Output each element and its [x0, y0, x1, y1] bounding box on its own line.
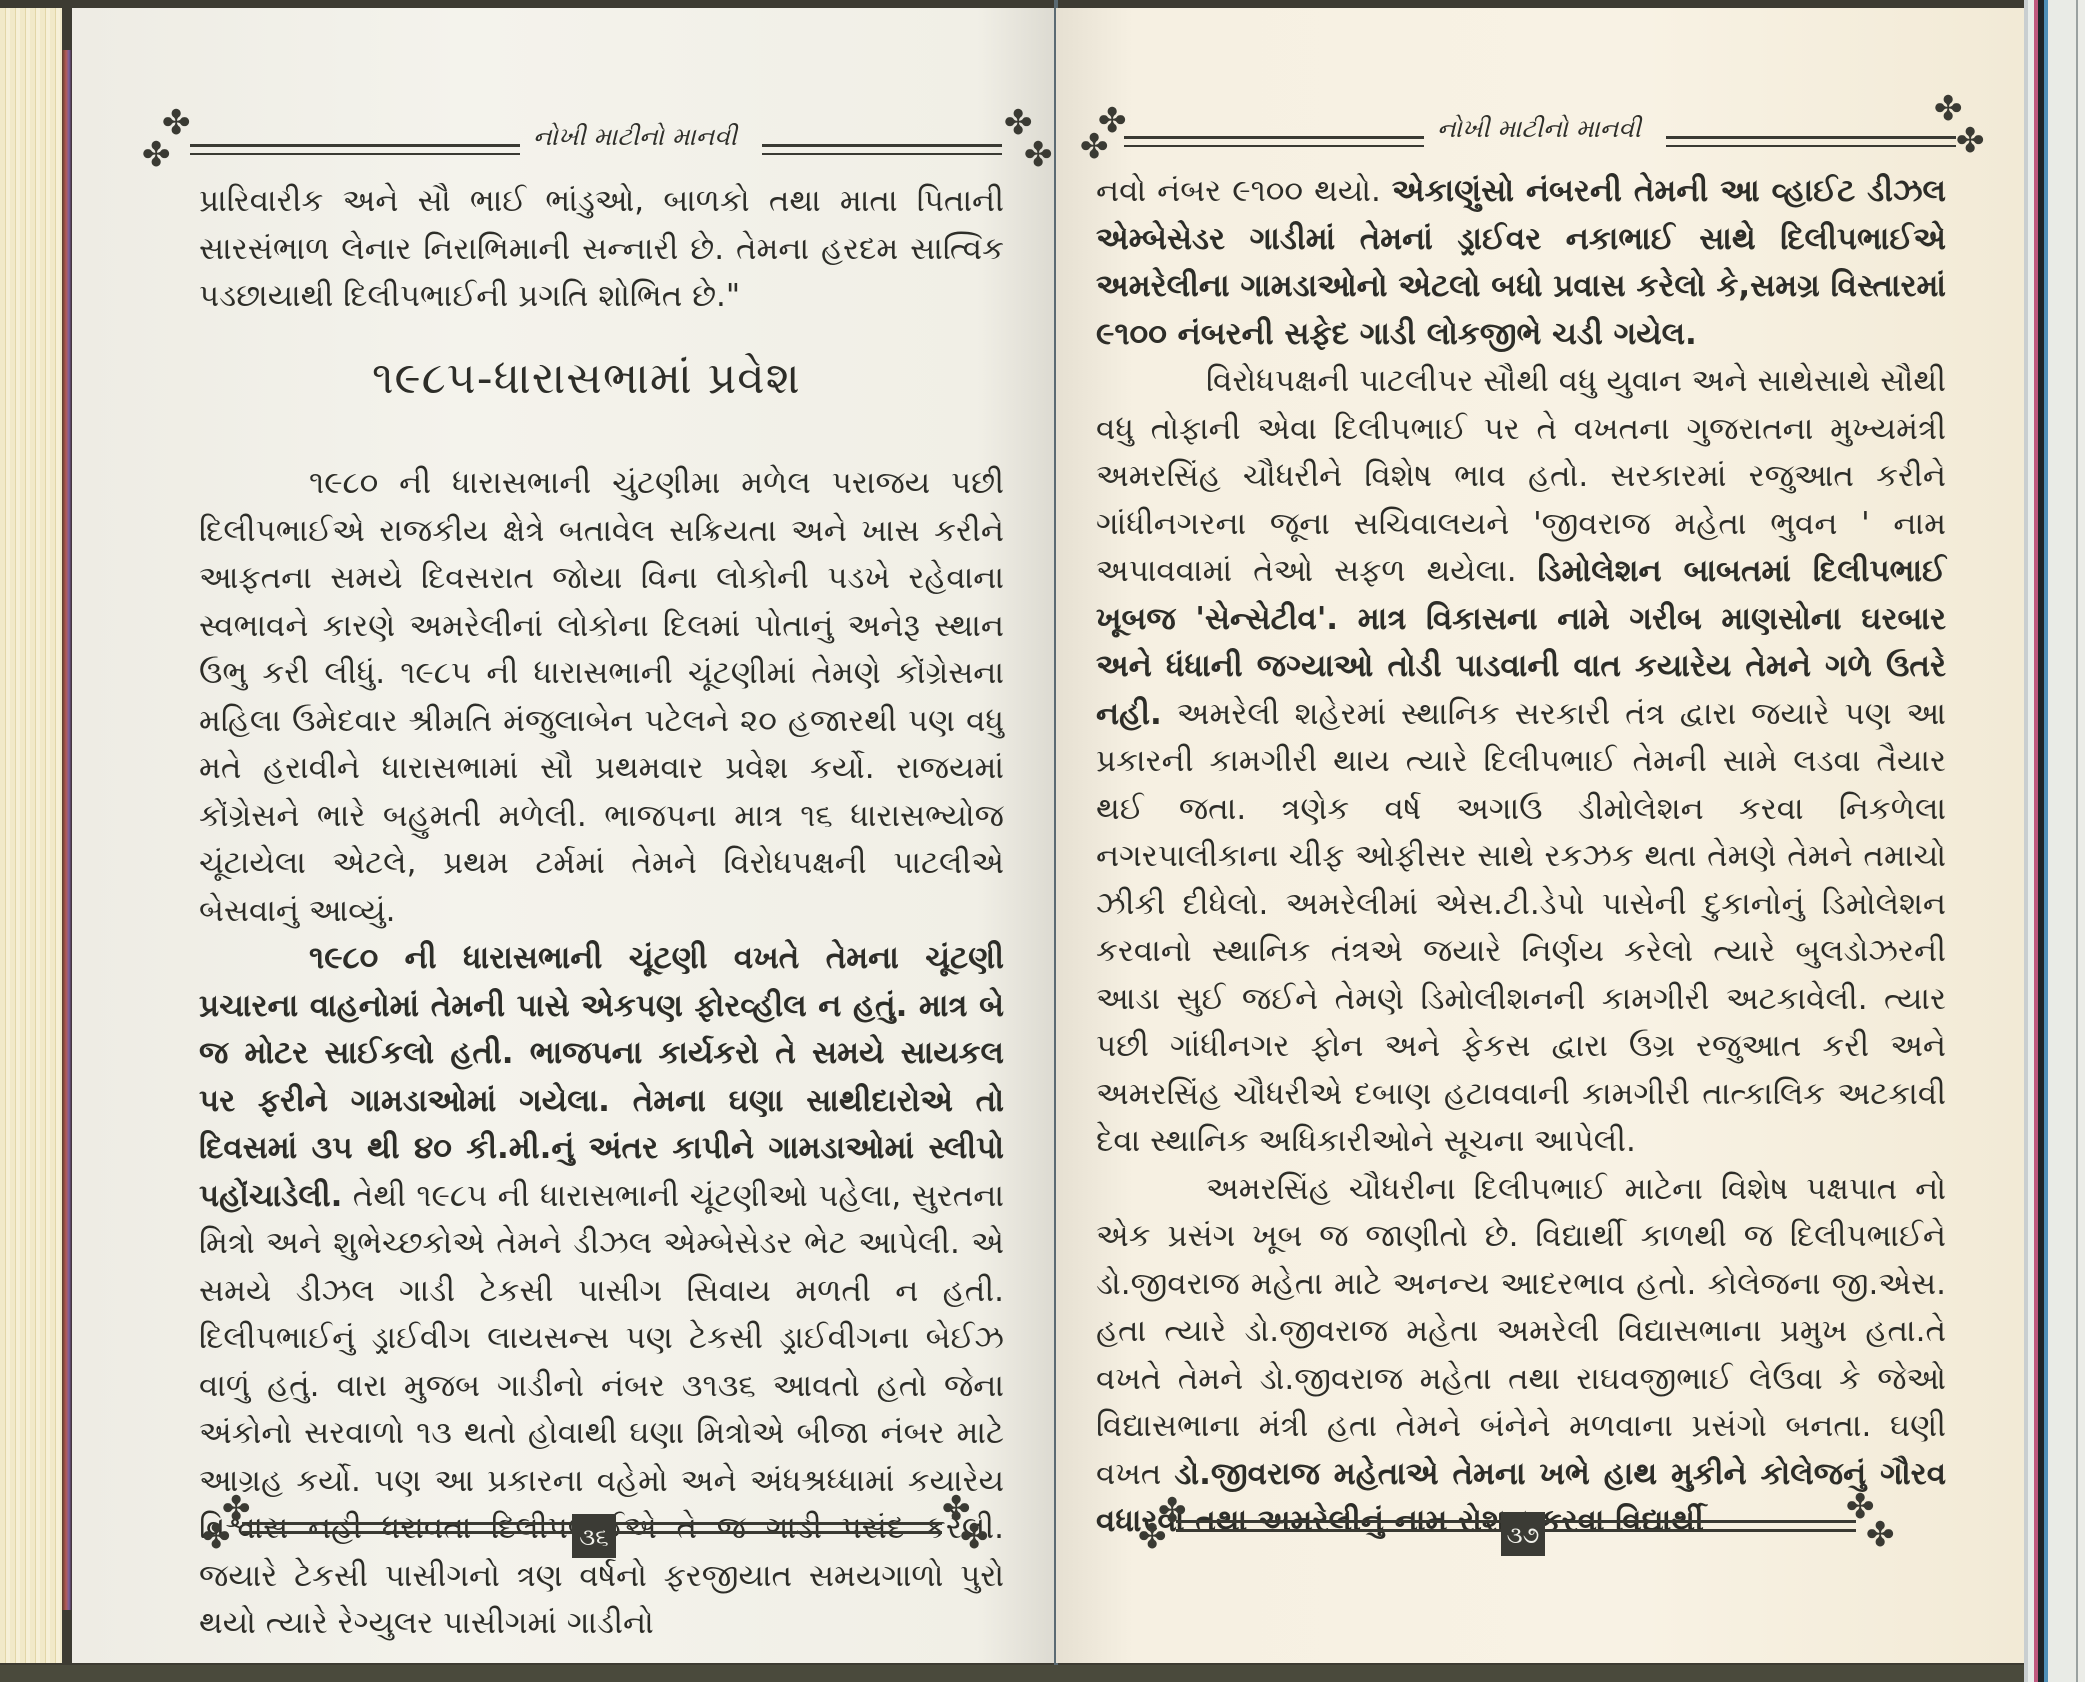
leaf-ornament-icon: ✤: [1080, 130, 1109, 164]
leaf-ornament-icon: ✤: [1956, 124, 1985, 158]
paragraph: અમરસિંહ ચૌધરીના દિલીપભાઈ માટેના વિશેષ પક…: [1096, 1166, 1946, 1546]
running-header: ✤ ✤ નોખી માટીનો માનવી ✤ ✤: [182, 116, 1002, 176]
body-text: ૧૯૮૦ ની ધારાસભાની ચુંટણીમા મળેલ પરાજય પછ…: [199, 460, 1004, 1648]
leaf-ornament-icon: ✤: [142, 138, 171, 172]
paragraph: નવો નંબર ૯૧૦૦ થયો. એકાણુંસો નંબરની તેમની…: [1096, 168, 1946, 358]
left-cover-trim: [62, 50, 72, 1610]
running-title: નોખી માટીનો માનવી: [527, 122, 743, 152]
running-title: નોખી માટીનો માનવી: [1431, 114, 1647, 144]
text: અમરસિંહ ચૌધરીના દિલીપભાઈ માટેના વિશેષ પક…: [1096, 1171, 1946, 1492]
running-header: ✤ ✤ નોખી માટીનો માનવી ✤ ✤: [1116, 108, 1956, 168]
intro-paragraph: પ્રારિવારીક અને સૌ ભાઈ ભાંડુઓ, બાળકો તથા…: [199, 178, 1004, 321]
page-number: ૩૬: [572, 1514, 616, 1558]
body-text: નવો નંબર ૯૧૦૦ થયો. એકાણુંસો નંબરની તેમની…: [1096, 168, 1946, 1546]
right-page-edges: [2024, 0, 2085, 1682]
paragraph: વિરોધપક્ષની પાટલીપર સૌથી વધુ યુવાન અને સ…: [1096, 358, 1946, 1166]
page-number: ૩૭: [1501, 1512, 1545, 1556]
text: તેથી ૧૯૮૫ ની ધારાસભાની ચૂંટણીઓ પહેલા, સુ…: [199, 1178, 1004, 1642]
left-page: ✤ ✤ નોખી માટીનો માનવી ✤ ✤ પ્રારિવારીક અન…: [72, 8, 1056, 1663]
header-rule: [190, 144, 520, 155]
leaf-ornament-icon: ✤: [202, 1520, 231, 1554]
leaf-ornament-icon: ✤: [960, 1520, 989, 1554]
leaf-ornament-icon: ✤: [1866, 1518, 1895, 1552]
header-rule: [1666, 136, 1956, 147]
right-page: ✤ ✤ નોખી માટીનો માનવી ✤ ✤ નવો નંબર ૯૧૦૦ …: [1056, 8, 2024, 1663]
intro-text: પ્રારિવારીક અને સૌ ભાઈ ભાંડુઓ, બાળકો તથા…: [199, 178, 1004, 321]
page-footer: ✤ ✤ ૩૭ ✤ ✤: [1176, 1498, 1856, 1568]
leaf-ornament-icon: ✤: [1024, 138, 1053, 172]
paragraph: ૧૯૮૦ ની ધારાસભાની ચુંટણીમા મળેલ પરાજય પછ…: [199, 460, 1004, 935]
header-rule: [762, 144, 1002, 155]
text: નવો નંબર ૯૧૦૦ થયો.: [1096, 173, 1392, 209]
leaf-ornament-icon: ✤: [1138, 1520, 1167, 1554]
page-footer: ✤ ✤ ૩૬ ✤ ✤: [242, 1500, 942, 1570]
bold-text: ૧૯૮૦ ની ધારાસભાની ચૂંટણી વખતે તેમના ચૂંટ…: [199, 940, 1004, 1214]
section-heading: ૧૯૮૫-ધારાસભામાં પ્રવેશ: [372, 353, 801, 404]
header-rule: [1124, 136, 1424, 147]
left-page-edges: [0, 8, 62, 1663]
text: અમરેલી શહેરમાં સ્થાનિક સરકારી તંત્ર દ્વા…: [1096, 696, 1946, 1160]
